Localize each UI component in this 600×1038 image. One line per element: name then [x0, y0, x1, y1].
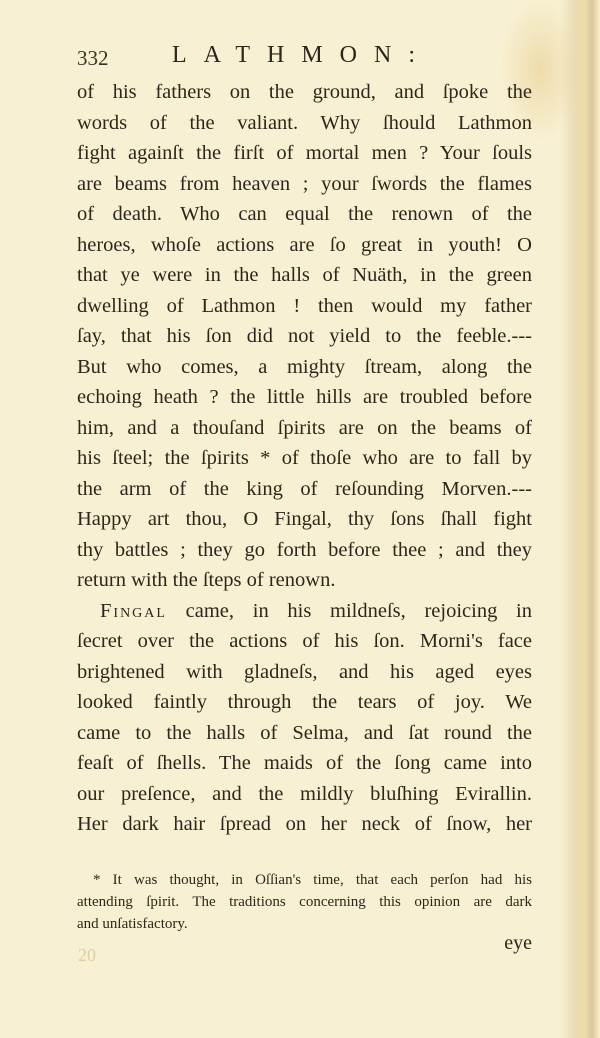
running-head: 332 LATHMON:: [77, 40, 540, 74]
text-line: brightened with gladneſs, and his aged e…: [77, 657, 532, 688]
text-line: ſay, that his ſon did not yield to the f…: [77, 321, 532, 352]
text-line: ſecret over the actions of his ſon. Morn…: [77, 626, 532, 657]
smallcaps-name: Fingal: [100, 600, 167, 622]
paragraph-first-line: Fingal came, in his mildneſs, rejoicing …: [77, 596, 532, 627]
text-line: of death. Who can equal the renown of th…: [77, 199, 532, 230]
text-line: that ye were in the halls of Nuäth, in t…: [77, 260, 532, 291]
footnote-line: and unſatisfactory.: [77, 913, 532, 935]
text-line: return with the ſteps of renown.: [77, 565, 532, 596]
text-line: dwelling of Lathmon ! then would my fath…: [77, 291, 532, 322]
text-line: looked faintly through the tears of joy.…: [77, 687, 532, 718]
body-text: of his fathers on the ground, and ſpoke …: [77, 77, 532, 840]
book-page: 332 LATHMON: of his fathers on the groun…: [0, 0, 600, 1038]
catchword: eye: [504, 932, 532, 955]
text-line: of his fathers on the ground, and ſpoke …: [77, 77, 532, 108]
text-line: echoing heath ? the little hills are tro…: [77, 382, 532, 413]
footnote-line: * It was thought, in Oſſian's time, that…: [77, 869, 532, 891]
footnote-line: attending ſpirit. The traditions concern…: [77, 891, 532, 913]
text-line: words of the valiant. Why ſhould Lathmon: [77, 108, 532, 139]
text-line: our preſence, and the mildly bluſhing Ev…: [77, 779, 532, 810]
text-line: thy battles ; they go forth before thee …: [77, 535, 532, 566]
text-line: the arm of the king of reſounding Morven…: [77, 474, 532, 505]
running-title: LATHMON:: [172, 42, 432, 69]
text-line: came to the halls of Selma, and ſat roun…: [77, 718, 532, 749]
text-line: heroes, whoſe actions are ſo great in yo…: [77, 230, 532, 261]
text-line: Her dark hair ſpread on her neck of ſnow…: [77, 809, 532, 840]
text-line: him, and a thouſand ſpirits are on the b…: [77, 413, 532, 444]
signature-mark: 20: [78, 945, 96, 966]
text-line: feaſt of ſhells. The maids of the ſong c…: [77, 748, 532, 779]
text-line: Happy art thou, O Fingal, thy ſons ſhall…: [77, 504, 532, 535]
text-line: fight againſt the firſt of mortal men ? …: [77, 138, 532, 169]
text-line: are beams from heaven ; your ſwords the …: [77, 169, 532, 200]
text-fragment: came, in his mildneſs, rejoicing in: [167, 600, 532, 622]
text-line: his ſteel; the ſpirits * of thoſe who ar…: [77, 443, 532, 474]
page-number: 332: [77, 46, 109, 71]
text-line: But who comes, a mighty ſtream, along th…: [77, 352, 532, 383]
footnote: * It was thought, in Oſſian's time, that…: [77, 869, 532, 935]
